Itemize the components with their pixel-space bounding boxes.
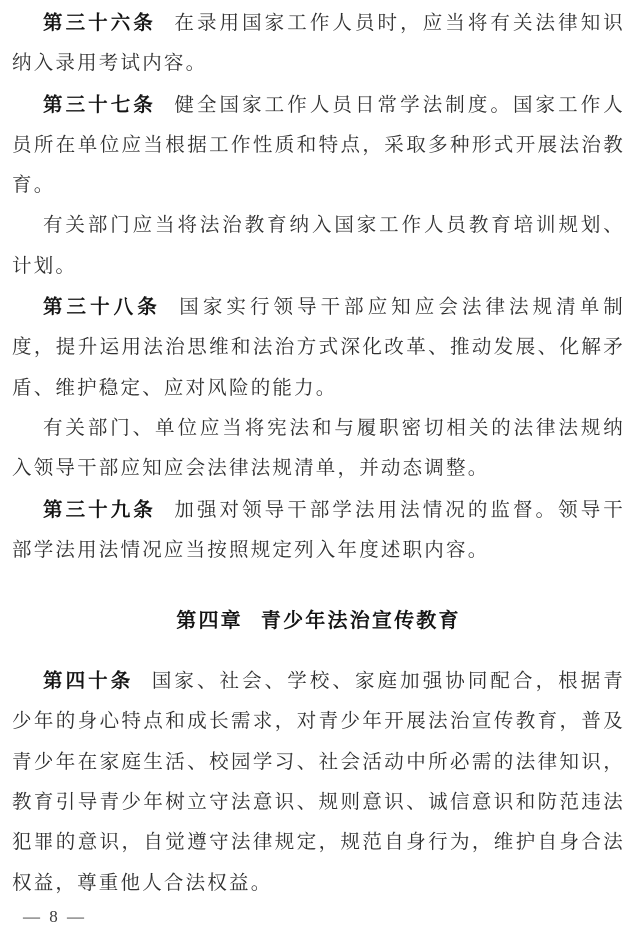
page-number: — 8 — xyxy=(23,903,84,931)
document-page: 第三十六条在录用国家工作人员时，应当将有关法律知识纳入录用考试内容。 第三十七条… xyxy=(0,0,640,947)
chapter-4-heading: 第四章青少年法治宣传教育 xyxy=(12,601,625,641)
article-38-paragraph: 第三十八条国家实行领导干部应知应会法律法规清单制度，提升运用法治思维和法治方式深… xyxy=(12,287,625,409)
article-36-paragraph: 第三十六条在录用国家工作人员时，应当将有关法律知识纳入录用考试内容。 xyxy=(12,3,625,85)
article-37-clause-2-paragraph: 有关部门应当将法治教育纳入国家工作人员教育培训规划、计划。 xyxy=(12,206,625,287)
article-40-label: 第四十条 xyxy=(43,670,133,692)
article-40-paragraph: 第四十条国家、社会、学校、家庭加强协同配合，根据青少年的身心特点和成长需求，对青… xyxy=(12,661,625,904)
article-39-label: 第三十九条 xyxy=(43,499,156,521)
article-37-clause-2-text: 有关部门应当将法治教育纳入国家工作人员教育培训规划、计划。 xyxy=(12,215,625,276)
article-40-text: 国家、社会、学校、家庭加强协同配合，根据青少年的身心特点和成长需求，对青少年开展… xyxy=(12,671,625,893)
article-37-paragraph: 第三十七条健全国家工作人员日常学法制度。国家工作人员所在单位应当根据工作性质和特… xyxy=(12,85,625,207)
article-37-label: 第三十七条 xyxy=(43,94,156,116)
article-38-clause-2-text: 有关部门、单位应当将宪法和与履职密切相关的法律法规纳入领导干部应知应会法律法规清… xyxy=(12,418,625,479)
document-body: 第三十六条在录用国家工作人员时，应当将有关法律知识纳入录用考试内容。 第三十七条… xyxy=(0,0,640,904)
article-38-clause-2-paragraph: 有关部门、单位应当将宪法和与履职密切相关的法律法规纳入领导干部应知应会法律法规清… xyxy=(12,409,625,490)
article-38-label: 第三十八条 xyxy=(43,296,161,318)
article-39-paragraph: 第三十九条加强对领导干部学法用法情况的监督。领导干部学法用法情况应当按照规定列入… xyxy=(12,490,625,572)
article-36-label: 第三十六条 xyxy=(43,12,156,34)
chapter-4-title: 青少年法治宣传教育 xyxy=(261,610,461,632)
chapter-4-number: 第四章 xyxy=(176,610,243,632)
